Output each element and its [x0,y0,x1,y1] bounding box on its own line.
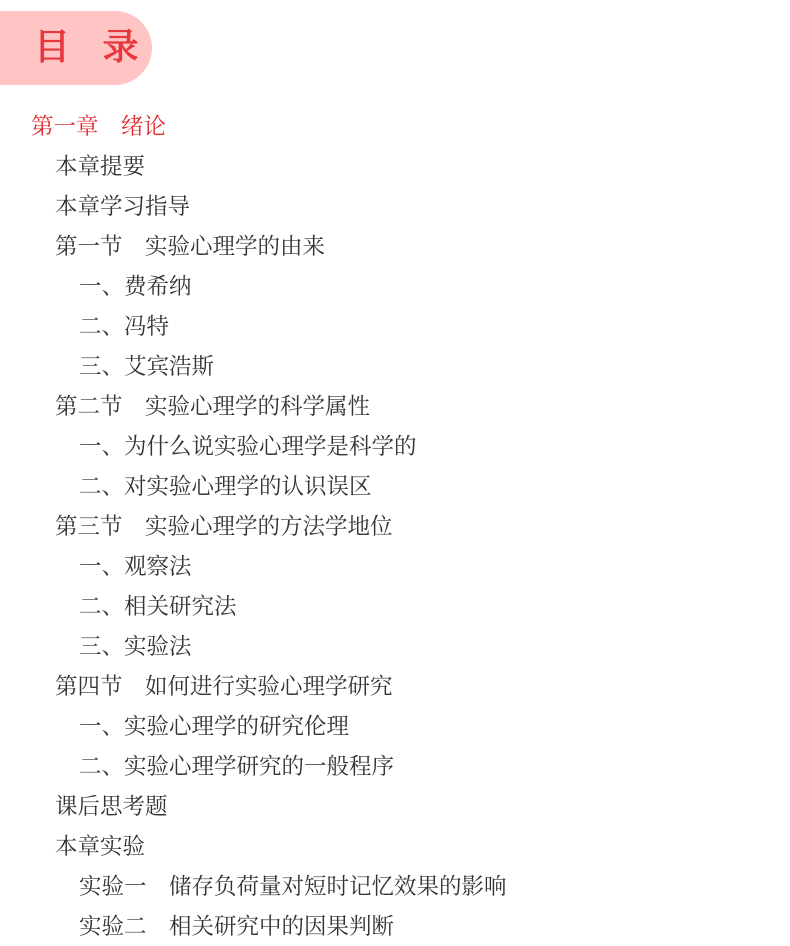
toc-section-4[interactable]: 第四节 如何进行实验心理学研究 [0,667,790,707]
toc-subsection-1-3[interactable]: 三、艾宾浩斯 [0,347,790,387]
toc-subsection-3-3[interactable]: 三、实验法 [0,627,790,667]
toc-section-3[interactable]: 第三节 实验心理学的方法学地位 [0,507,790,547]
toc-subsection-1-2[interactable]: 二、冯特 [0,307,790,347]
toc-subsection-3-1[interactable]: 一、观察法 [0,547,790,587]
toc-subsection-4-2[interactable]: 二、实验心理学研究的一般程序 [0,747,790,787]
toc-chapter-1[interactable]: 第一章 绪论 [0,107,790,147]
toc-header-banner: 目 录 [0,11,152,85]
toc-item-chapter-experiments[interactable]: 本章实验 [0,827,790,867]
toc-subsection-2-2[interactable]: 二、对实验心理学的认识误区 [0,467,790,507]
toc-item-study-guide[interactable]: 本章学习指导 [0,187,790,227]
toc-subsection-2-1[interactable]: 一、为什么说实验心理学是科学的 [0,427,790,467]
toc-item-review-questions[interactable]: 课后思考题 [0,787,790,827]
toc-title: 目 录 [34,11,149,85]
toc-experiment-2[interactable]: 实验二 相关研究中的因果判断 [0,907,790,946]
toc-section-1[interactable]: 第一节 实验心理学的由来 [0,227,790,267]
toc-section-2[interactable]: 第二节 实验心理学的科学属性 [0,387,790,427]
toc-experiment-1[interactable]: 实验一 储存负荷量对短时记忆效果的影响 [0,867,790,907]
toc-subsection-3-2[interactable]: 二、相关研究法 [0,587,790,627]
toc-subsection-4-1[interactable]: 一、实验心理学的研究伦理 [0,707,790,747]
toc-list: 第一章 绪论 本章提要 本章学习指导 第一节 实验心理学的由来 一、费希纳 二、… [0,107,790,946]
toc-item-chapter-summary[interactable]: 本章提要 [0,147,790,187]
toc-subsection-1-1[interactable]: 一、费希纳 [0,267,790,307]
